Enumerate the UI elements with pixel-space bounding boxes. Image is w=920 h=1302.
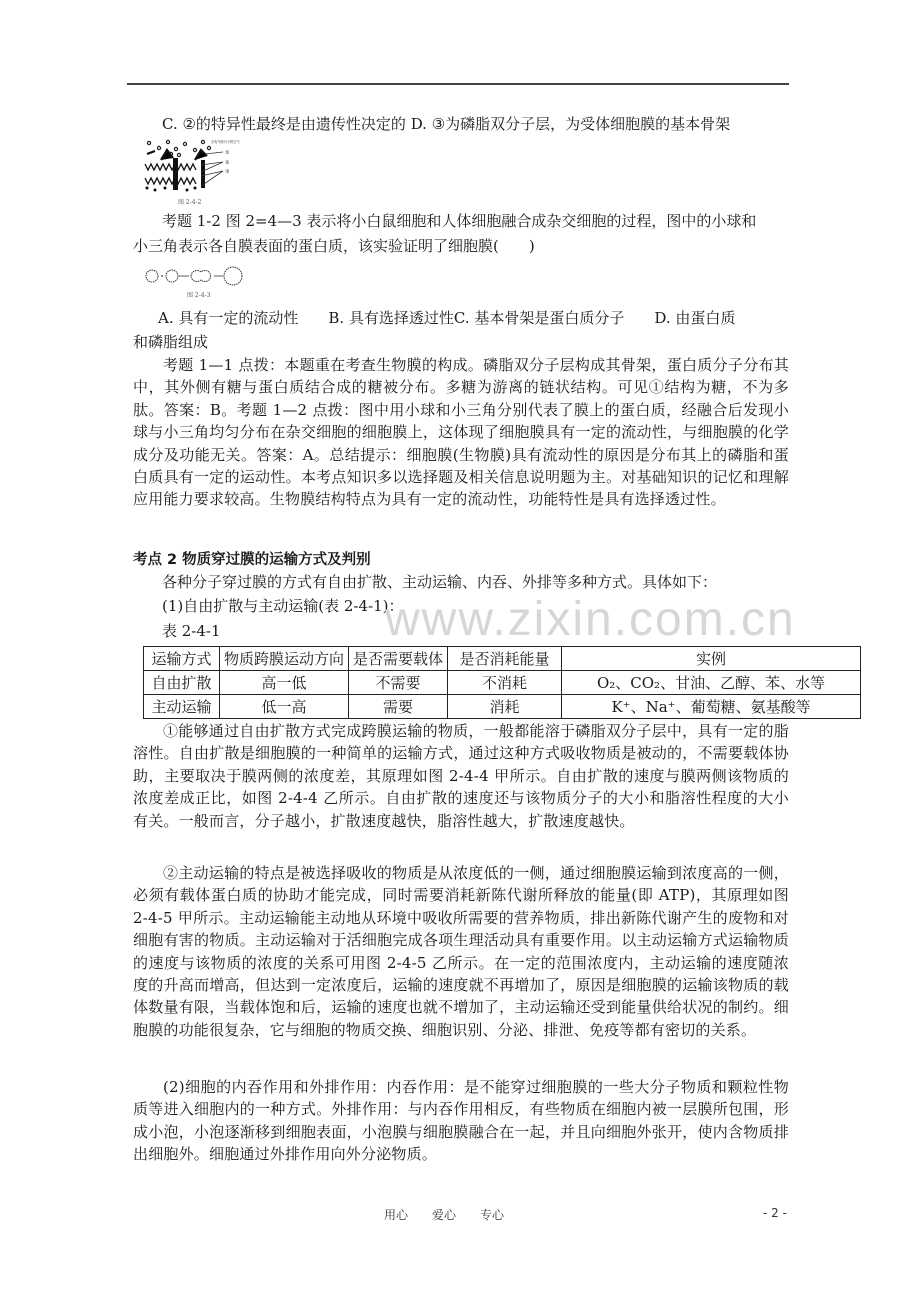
table-cell: 消耗 — [448, 695, 562, 719]
paragraph-free-diffusion: ①能够通过自由扩散方式完成跨膜运输的物质，一般都能溶于磷脂双分子层中，具有一定的… — [133, 720, 789, 832]
figure-2-4-2-caption: 图 2-4-2 — [178, 197, 201, 206]
table-row: 自由扩散 高一低 不需要 不消耗 O₂、CO₂、甘油、乙醇、苯、水等 — [144, 671, 861, 695]
header-rule — [127, 83, 789, 85]
table-cell: 高一低 — [220, 671, 349, 695]
subheading-1: (1)自由扩散与主动运输(表 2-4-1)： — [162, 595, 404, 617]
paragraph-active-transport: ②主动运输的特点是被选择吸收的物质是从浓度低的一侧，通过细胞膜运输到浓度高的一侧… — [133, 862, 789, 1041]
membrane-diagram-icon: ① ② ③ 含有气味分子的空气 — [143, 138, 253, 200]
section-heading: 考点 2 物质穿过膜的运输方式及判别 — [133, 549, 371, 571]
question-1-2-options-line1: A. 具有一定的流动性 B. 具有选择透过性C. 基本骨架是蛋白质分子 D. 由… — [158, 307, 735, 329]
question-1-2-stem-line2: 小三角表示各自膜表面的蛋白质，该实验证明了细胞膜( ) — [133, 235, 535, 257]
figure-cell-fusion — [143, 264, 253, 288]
table-header-cell: 是否消耗能量 — [448, 647, 562, 671]
marker-2: ② — [225, 160, 230, 166]
marker-1: ① — [225, 150, 230, 156]
question-1-1-options-cd: C. ②的特异性最终是由遗传性决定的 D. ③为磷脂双分子层，为受体细胞膜的基本… — [162, 113, 730, 135]
watermark: www.zixin.com.cn — [385, 592, 796, 647]
table-header-row: 运输方式 物质跨膜运动方向 是否需要载体 是否消耗能量 实例 — [144, 647, 861, 671]
table-header-cell: 运输方式 — [144, 647, 220, 671]
figure-2-4-3-caption: 图 2-4-3 — [187, 290, 210, 299]
table-cell: 需要 — [349, 695, 448, 719]
question-1-2-options-line2: 和磷脂组成 — [133, 331, 208, 353]
table-header-cell: 物质跨膜运动方向 — [220, 647, 349, 671]
figure-membrane-diagram: ① ② ③ 含有气味分子的空气 — [143, 138, 253, 200]
table-cell: 低一高 — [220, 695, 349, 719]
transport-table: 运输方式 物质跨膜运动方向 是否需要载体 是否消耗能量 实例 自由扩散 高一低 … — [143, 646, 861, 719]
table-cell: K⁺、Na⁺、葡萄糖、氨基酸等 — [562, 695, 861, 719]
marker-3: ③ — [225, 169, 230, 175]
intro-text: 各种分子穿过膜的方式有自由扩散、主动运输、内吞、外排等多种方式。具体如下： — [162, 571, 717, 593]
table-row: 主动运输 低一高 需要 消耗 K⁺、Na⁺、葡萄糖、氨基酸等 — [144, 695, 861, 719]
air-label: 含有气味分子的空气 — [211, 139, 240, 144]
cell-fusion-icon — [143, 264, 253, 288]
table-cell: O₂、CO₂、甘油、乙醇、苯、水等 — [562, 671, 861, 695]
table-cell: 自由扩散 — [144, 671, 220, 695]
footer-motto: 用心 爱心 专心 — [384, 1206, 504, 1223]
table-cell: 不需要 — [349, 671, 448, 695]
table-cell: 不消耗 — [448, 671, 562, 695]
table-caption: 表 2-4-1 — [162, 620, 221, 642]
explanation-paragraph: 考题 1—1 点拨：本题重在考查生物膜的构成。磷脂双分子层构成其骨架，蛋白质分子… — [133, 354, 789, 511]
question-1-2-stem-line1: 考题 1-2 图 2=4—3 表示将小白鼠细胞和人体细胞融合成杂交细胞的过程，图… — [162, 210, 756, 232]
page-number: - 2 - — [763, 1206, 787, 1220]
table-header-cell: 是否需要载体 — [349, 647, 448, 671]
table-cell: 主动运输 — [144, 695, 220, 719]
table-header-cell: 实例 — [562, 647, 861, 671]
paragraph-endocytosis-exocytosis: (2)细胞的内吞作用和外排作用：内吞作用：是不能穿过细胞膜的一些大分子物质和颗粒… — [133, 1076, 789, 1166]
